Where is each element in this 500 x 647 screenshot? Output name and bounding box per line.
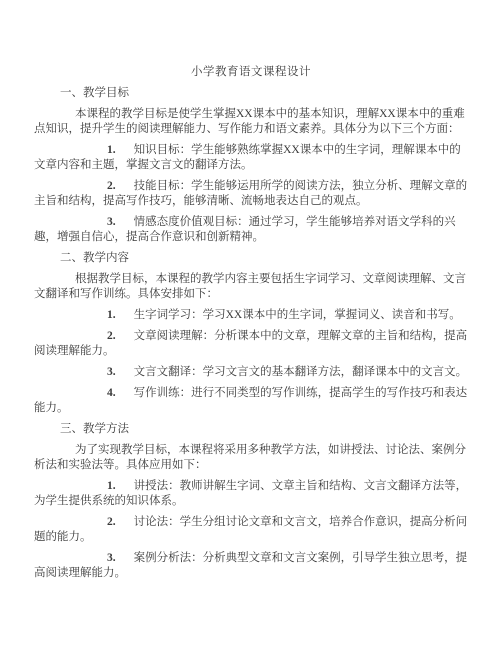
list-item-number: 3. bbox=[107, 366, 116, 378]
list-item-text: 写作训练：进行不同类型的写作训练，提高学生的写作技巧和表达能力。 bbox=[34, 387, 467, 414]
list-item: 2.讨论法：学生分组讨论文章和文言文，培养合作意识，提高分析问题的能力。 bbox=[34, 515, 468, 545]
list-item-text: 生字词学习：学习XX课本中的生字词，掌握词义、读音和书写。 bbox=[134, 309, 461, 321]
section-heading-2: 二、教学内容 bbox=[34, 251, 468, 266]
list-item: 3.文言文翻译：学习文言文的基本翻译方法，翻译课本中的文言文。 bbox=[34, 365, 468, 380]
list-item-number: 2. bbox=[107, 180, 116, 192]
list-item: 1.讲授法：教师讲解生字词、文章主旨和结构、文言文翻译方法等，为学生提供系统的知… bbox=[34, 479, 468, 509]
list-item: 1.知识目标：学生能够熟练掌握XX课本中的生字词，理解课本中的文章内容和主题，掌… bbox=[34, 143, 468, 173]
list-item-number: 4. bbox=[107, 387, 116, 399]
list-item-number: 2. bbox=[107, 330, 116, 342]
list-item-text: 知识目标：学生能够熟练掌握XX课本中的生字词，理解课本中的文章内容和主题，掌握文… bbox=[34, 144, 461, 171]
list-item-text: 文言文翻译：学习文言文的基本翻译方法，翻译课本中的文言文。 bbox=[134, 366, 468, 378]
list-item-number: 1. bbox=[107, 309, 116, 321]
list-item-number: 3. bbox=[107, 552, 116, 564]
list-item: 2.文章阅读理解：分析课本中的文章，理解文章的主旨和结构，提高阅读理解能力。 bbox=[34, 329, 468, 359]
list-item: 3.案例分析法：分析典型文章和文言文案例，引导学生独立思考，提高阅读理解能力。 bbox=[34, 551, 468, 581]
list-item-text: 讨论法：学生分组讨论文章和文言文，培养合作意识，提高分析问题的能力。 bbox=[34, 516, 467, 543]
list-item-text: 案例分析法：分析典型文章和文言文案例，引导学生独立思考，提高阅读理解能力。 bbox=[34, 552, 467, 579]
list-item-number: 1. bbox=[107, 144, 116, 156]
document-title: 小学教育语文课程设计 bbox=[34, 65, 468, 80]
list-item: 2.技能目标：学生能够运用所学的阅读方法，独立分析、理解文章的主旨和结构，提高写… bbox=[34, 179, 468, 209]
document-page: 小学教育语文课程设计 一、教学目标 本课程的教学目标是使学生掌握XX课本中的基本… bbox=[0, 0, 500, 647]
section-intro-3: 为了实现教学目标，本课程将采用多种教学方法，如讲授法、讨论法、案例分析法和实验法… bbox=[34, 443, 468, 473]
section-heading-1: 一、教学目标 bbox=[34, 86, 468, 101]
section-intro-1: 本课程的教学目标是使学生掌握XX课本中的基本知识，理解XX课本中的重难点知识，提… bbox=[34, 107, 468, 137]
list-item-text: 情感态度价值观目标：通过学习，学生能够培养对语文学科的兴趣，增强自信心，提高合作… bbox=[34, 216, 456, 243]
list-item-text: 技能目标：学生能够运用所学的阅读方法，独立分析、理解文章的主旨和结构，提高写作技… bbox=[34, 180, 467, 207]
list-item: 1.生字词学习：学习XX课本中的生字词，掌握词义、读音和书写。 bbox=[34, 308, 468, 323]
list-item-text: 文章阅读理解：分析课本中的文章，理解文章的主旨和结构，提高阅读理解能力。 bbox=[34, 330, 467, 357]
list-item-number: 1. bbox=[107, 480, 116, 492]
list-item: 3.情感态度价值观目标：通过学习，学生能够培养对语文学科的兴趣，增强自信心，提高… bbox=[34, 215, 468, 245]
list-item-number: 2. bbox=[107, 516, 116, 528]
section-heading-3: 三、教学方法 bbox=[34, 422, 468, 437]
list-item-text: 讲授法：教师讲解生字词、文章主旨和结构、文言文翻译方法等，为学生提供系统的知识体… bbox=[34, 480, 467, 507]
list-item: 4.写作训练：进行不同类型的写作训练，提高学生的写作技巧和表达能力。 bbox=[34, 386, 468, 416]
section-intro-2: 根据教学目标，本课程的教学内容主要包括生字词学习、文章阅读理解、文言文翻译和写作… bbox=[34, 272, 468, 302]
list-item-number: 3. bbox=[107, 216, 116, 228]
